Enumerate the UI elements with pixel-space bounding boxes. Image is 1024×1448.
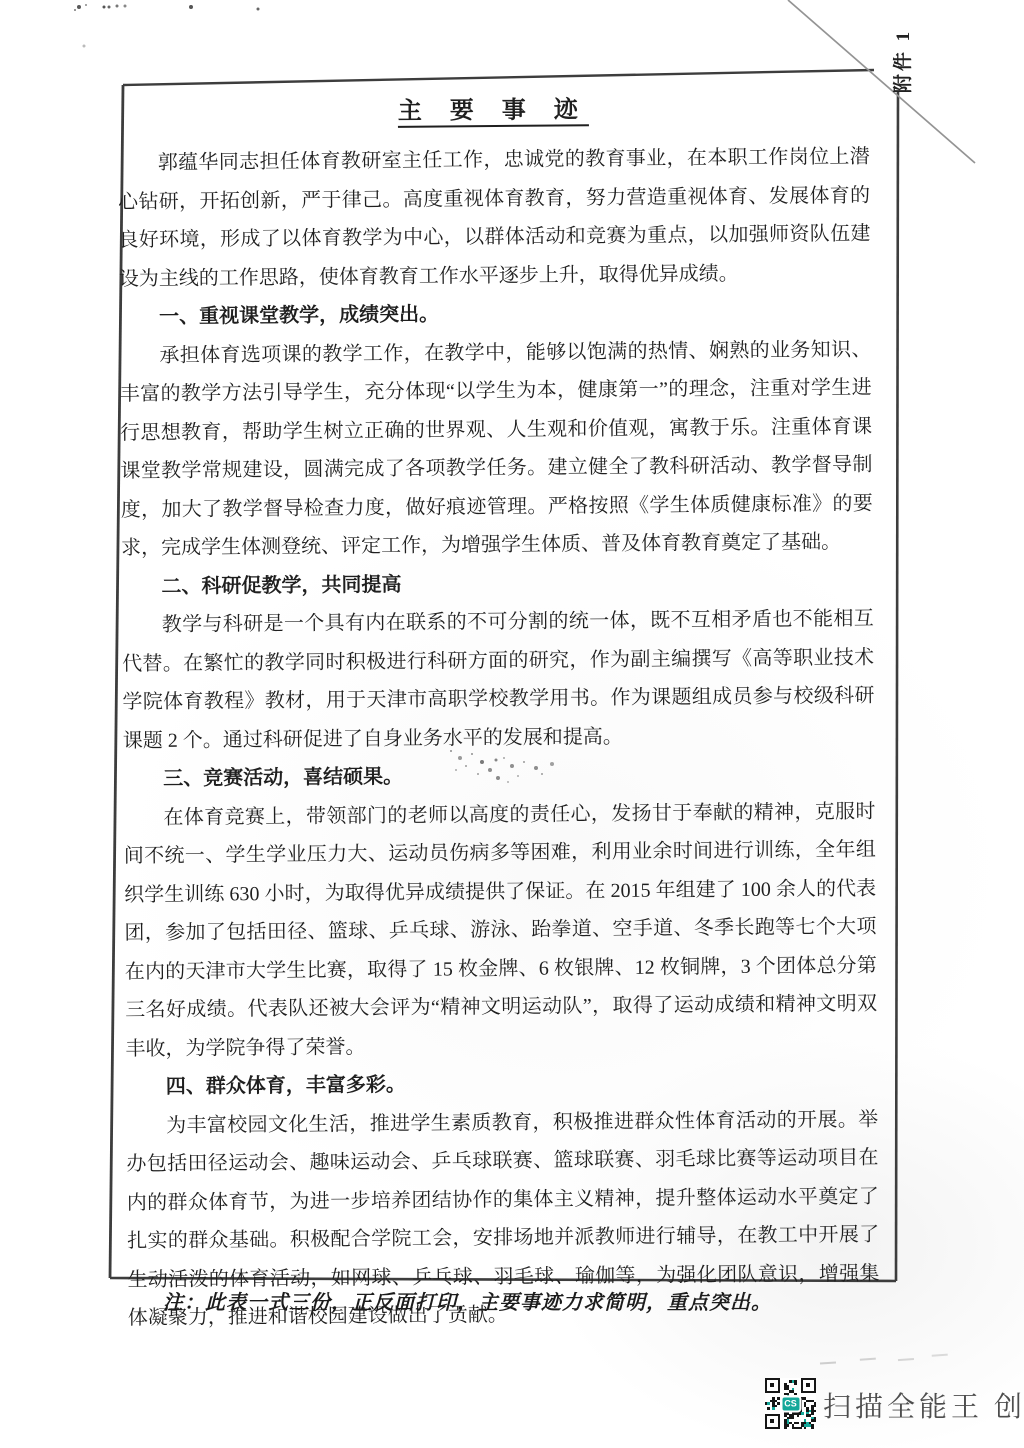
attachment-label: 附件 1 <box>888 18 914 104</box>
scan-noise-top-dots <box>0 0 2 2</box>
scanned-page: 附件 1 主 要 事 迹 郭蕴华同志担任体育教研室主任工作，忠诚党的教育事业，在… <box>0 0 1024 1448</box>
qr-finder-bottom-left-icon <box>765 1414 780 1429</box>
section-heading-2: 二、科研促教学，共同提高 <box>121 561 873 606</box>
qr-finder-top-left-icon <box>765 1378 780 1393</box>
qr-code: CS <box>765 1378 816 1429</box>
section-heading-1: 一、重视课堂教学，成绩突出。 <box>119 292 871 337</box>
document-body: 主 要 事 迹 郭蕴华同志担任体育教研室主任工作，忠诚党的教育事业，在本职工作岗… <box>117 85 880 1338</box>
table-border-top <box>123 70 874 85</box>
footnote: 注：此表一式三份，正反面打印，主要事迹力求简明，重点突出。 <box>163 1286 803 1315</box>
section-heading-4: 四、群众体育，丰富多彩。 <box>126 1062 878 1107</box>
paragraph-intro: 郭蕴华同志担任体育教研室主任工作，忠诚党的教育事业，在本职工作岗位上潜心钻研，开… <box>118 138 871 299</box>
paragraph-section-2: 教学与科研是一个具有内在联系的不可分割的统一体，既不互相矛盾也不能相互代替。在繁… <box>122 600 875 761</box>
qr-finder-top-right-icon <box>801 1378 816 1393</box>
document-title: 主 要 事 迹 <box>117 91 869 132</box>
scan-noise-speckle <box>450 750 452 752</box>
camscanner-logo-icon: CS <box>780 1395 801 1412</box>
table-border-right <box>896 91 898 1281</box>
section-heading-3: 三、竞赛活动，喜结硕果。 <box>123 754 875 799</box>
scanner-credit-text: 扫描全能王 创建 <box>823 1385 1024 1425</box>
paragraph-section-1: 承担体育选项课的教学工作，在教学中，能够以饱满的热情、娴熟的业务知识、丰富的教学… <box>119 330 873 568</box>
paragraph-section-3: 在体育竞赛上，带领部门的老师以高度的责任心，发扬甘于奉献的精神，克服时间不统一、… <box>123 792 877 1068</box>
